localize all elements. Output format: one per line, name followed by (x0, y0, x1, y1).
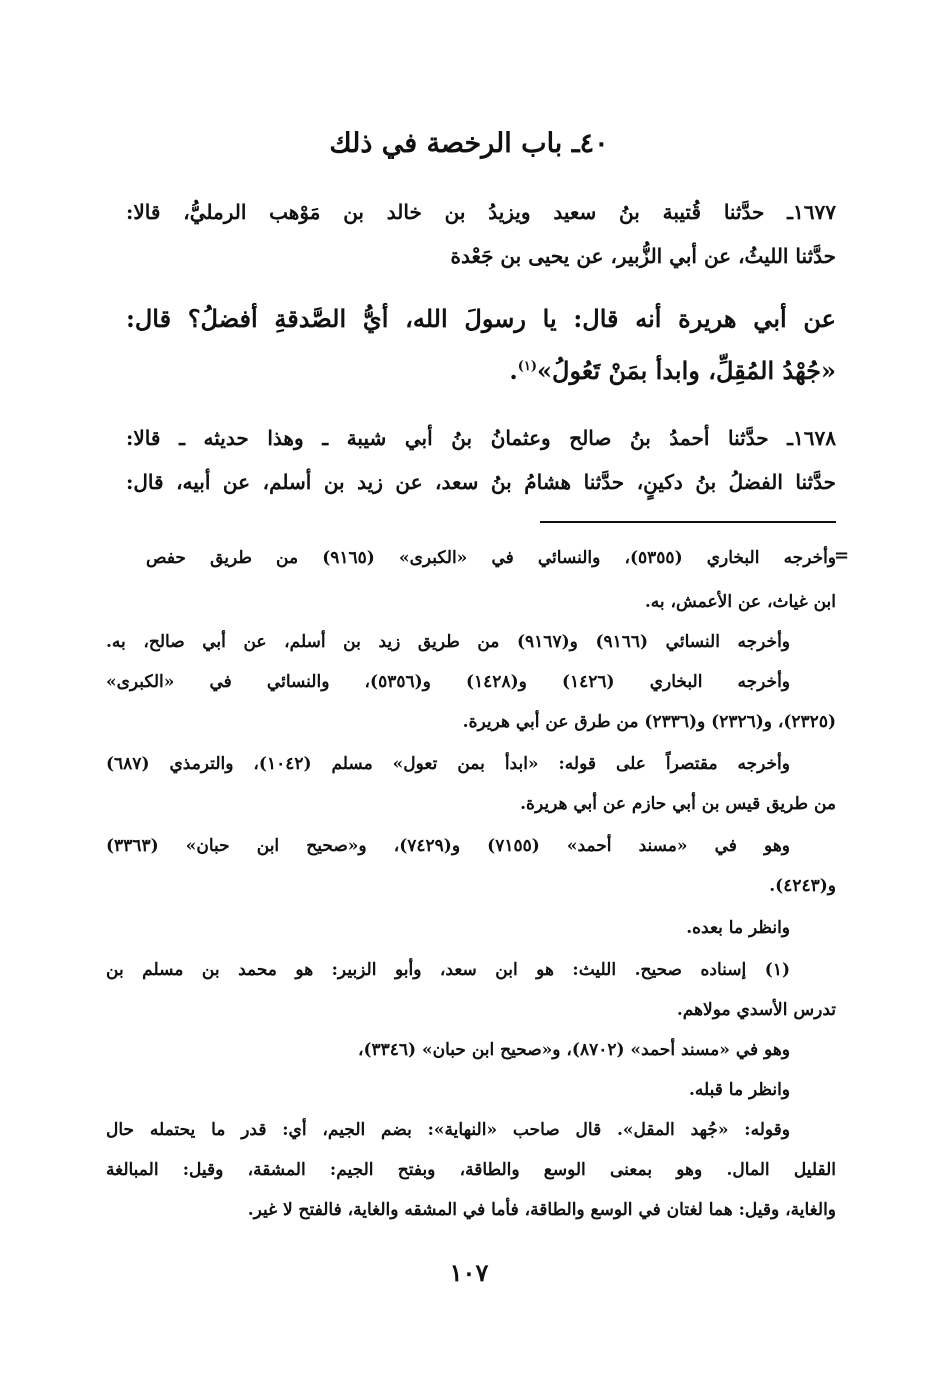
hadith-1678-isnad-line-1: ١٦٧٨ـ حدَّثنا أحمدُ بنُ صالح وعثمانُ بنُ… (126, 418, 836, 458)
hadith-1677-matn-line-2: «جُهْدُ المُقِلِّ، وابدأ بمَنْ تَعُولُ»(… (126, 344, 836, 394)
footnote-line: وهو في «مسند أحمد» (٧١٥٥) و(٧٤٢٩)، و«صحي… (106, 828, 790, 864)
footnote-line: و(٤٢٤٣). (106, 868, 836, 904)
chapter-title: ٤٠ـ باب الرخصة في ذلك (0, 124, 938, 164)
book-page: ٤٠ـ باب الرخصة في ذلك ١٦٧٧ـ حدَّثنا قُتي… (0, 0, 938, 1374)
hadith-1677-isnad-line-1: ١٦٧٧ـ حدَّثنا قُتيبة بنُ سعيد ويزيدُ بن … (126, 192, 836, 232)
footnote-line: وقوله: «جُهد المقل». قال صاحب «النهاية»:… (106, 1112, 790, 1148)
footnote-line: والغاية، وقيل: هما لغتان في الوسع والطاق… (106, 1192, 836, 1228)
footnote-line: ابن غياث، عن الأعمش، به. (106, 584, 836, 620)
continuation-marker: = (834, 545, 849, 566)
matn-text: «جُهْدُ المُقِلِّ، وابدأ بمَنْ تَعُولُ» (537, 356, 836, 385)
footnote-line: وهو في «مسند أحمد» (٨٧٠٢)، و«صحيح ابن حب… (106, 1032, 790, 1068)
footnote-line: من طريق قيس بن أبي حازم عن أبي هريرة. (106, 786, 836, 822)
hadith-1677-isnad-line-2: حدَّثنا الليثُ، عن أبي الزُّبير، عن يحيى… (126, 236, 836, 276)
footnote-line: تدرس الأسدي مولاهم. (106, 992, 836, 1028)
footnote-line: وأخرجه النسائي (٩١٦٦) و(٩١٦٧) من طريق زي… (106, 624, 790, 660)
footnote-line: القليل المال. وهو بمعنى الوسع والطاقة، و… (106, 1152, 836, 1188)
footnote-line: وانظر ما قبله. (106, 1072, 790, 1108)
footnote-divider (540, 521, 836, 523)
matn-end: . (509, 356, 517, 385)
page-number: ١٠٧ (0, 1258, 938, 1287)
footnote-line: وأخرجه البخاري (١٤٢٦) و(١٤٢٨) و(٥٣٥٦)، و… (106, 664, 790, 700)
footnote-reference[interactable]: (١) (518, 359, 537, 374)
footnote-line: وانظر ما بعده. (106, 910, 790, 946)
footnote-line: وأخرجه البخاري (٥٣٥٥)، والنسائي في «الكب… (146, 540, 836, 576)
footnote-line: (١) إسناده صحيح. الليث: هو ابن سعد، وأبو… (106, 952, 790, 988)
hadith-1678-isnad-line-2: حدَّثنا الفضلُ بنُ دكينٍ، حدَّثنا هشامُ … (126, 462, 836, 502)
hadith-1677-matn-line-1: عن أبي هريرة أنه قال: يا رسولَ الله، أيُ… (126, 296, 836, 342)
footnote-line: وأخرجه مقتصراً على قوله: «ابدأ بمن تعول»… (106, 746, 790, 782)
footnote-line: (٢٣٢٥)، و(٢٣٢٦) و(٢٣٣٦) من طرق عن أبي هر… (106, 704, 836, 740)
